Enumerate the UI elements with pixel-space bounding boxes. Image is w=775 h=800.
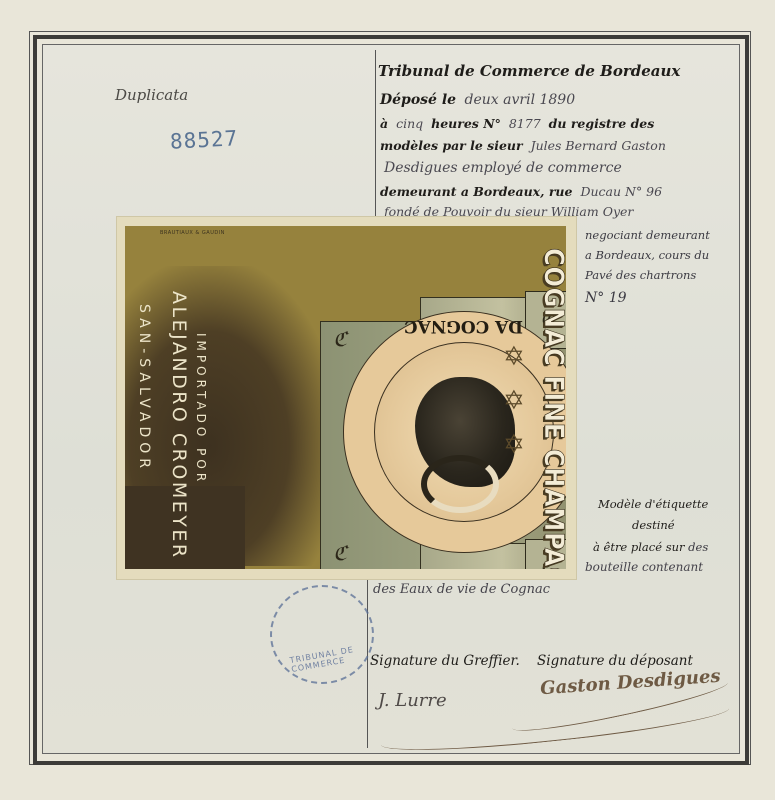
- column-divider: [375, 50, 376, 230]
- label-print-area: BRAUTIAUX & GAUDIN ℭ ℭ ℭ ℭ DA COGNAC NUE…: [125, 226, 566, 569]
- deposit-number: 8177: [509, 116, 541, 131]
- model-note-line-4: bouteille contenant: [585, 560, 703, 574]
- models-label: modèles par le sieur: [380, 138, 523, 153]
- clerk-signature-label: Signature du Greffier.: [370, 653, 520, 669]
- label-main-title: COGNAC FINE CHAMPAGNE: [538, 248, 566, 569]
- deposit-hour: cinq: [396, 116, 423, 131]
- depositor-line: modèles par le sieur Jules Bernard Gasto…: [380, 138, 670, 153]
- clerk-signature: J. Lurre: [378, 690, 447, 711]
- model-note-line-2: destiné: [632, 518, 675, 532]
- medal-text-top: DA COGNAC: [404, 316, 523, 336]
- tribunal-title: Tribunal de Commerce de Bordeaux: [378, 62, 680, 80]
- monogram-icon: ℭ: [333, 541, 347, 565]
- address-line: Pavé des chartrons: [585, 268, 696, 282]
- star-icon: ✡: [503, 388, 533, 414]
- monogram-icon: ℭ: [333, 327, 347, 351]
- cognac-label: BRAUTIAUX & GAUDIN ℭ ℭ ℭ ℭ DA COGNAC NUE…: [117, 217, 576, 579]
- depositor-surname: Desdigues employé de commerce: [384, 160, 622, 176]
- model-note-line-3: à être placé sur des: [593, 540, 708, 554]
- deposit-date-line: Déposé le deux avril 1890: [380, 92, 579, 108]
- merchant-line: negociant demeurant: [585, 228, 710, 242]
- depositor-name: Jules Bernard Gaston: [531, 138, 666, 153]
- address-number: N° 19: [585, 290, 627, 306]
- star-icon: ✡: [503, 432, 533, 458]
- importer-line-2: ALEJANDRO CROMEYER: [168, 291, 190, 560]
- importer-line-1: IMPORTADO POR: [194, 333, 208, 485]
- at-label: à: [380, 116, 388, 131]
- importer-line-3: SAN-SALVADOR: [136, 304, 152, 473]
- depositor-signature-label: Signature du déposant: [537, 653, 693, 669]
- register-number-stamp: 88527: [169, 126, 238, 154]
- printer-credit: BRAUTIAUX & GAUDIN: [160, 230, 225, 236]
- city-line: a Bordeaux, cours du: [585, 248, 709, 262]
- register-label: du registre des: [549, 116, 655, 131]
- residing-label: demeurant a Bordeaux, rue: [380, 184, 572, 199]
- signature-divider: [367, 578, 368, 748]
- deposit-date: deux avril 1890: [465, 92, 576, 108]
- model-note-line-5: des Eaux de vie de Cognac: [373, 582, 550, 597]
- model-note-line-1: Modèle d'étiquette: [598, 497, 708, 511]
- ram-horn-icon: [421, 455, 499, 513]
- tribunal-seal-stamp: TRIBUNAL DE COMMERCE: [270, 585, 374, 684]
- star-icon: ✡: [503, 344, 533, 370]
- residence-line: demeurant a Bordeaux, rue Ducau N° 96: [380, 184, 666, 199]
- depositor-line-2: Desdigues employé de commerce: [380, 160, 626, 176]
- model-note-printed: à être placé sur: [593, 540, 685, 554]
- duplicata-annotation: Duplicata: [115, 86, 188, 104]
- deposited-label: Déposé le: [380, 92, 456, 108]
- hours-label: heures N°: [431, 116, 501, 131]
- star-rating: ✡ ✡ ✡: [503, 344, 533, 476]
- deposit-hour-line: à cinq heures N° 8177 du registre des: [380, 116, 654, 131]
- model-note-handwritten: des: [688, 540, 708, 554]
- street-address: Ducau N° 96: [580, 184, 662, 199]
